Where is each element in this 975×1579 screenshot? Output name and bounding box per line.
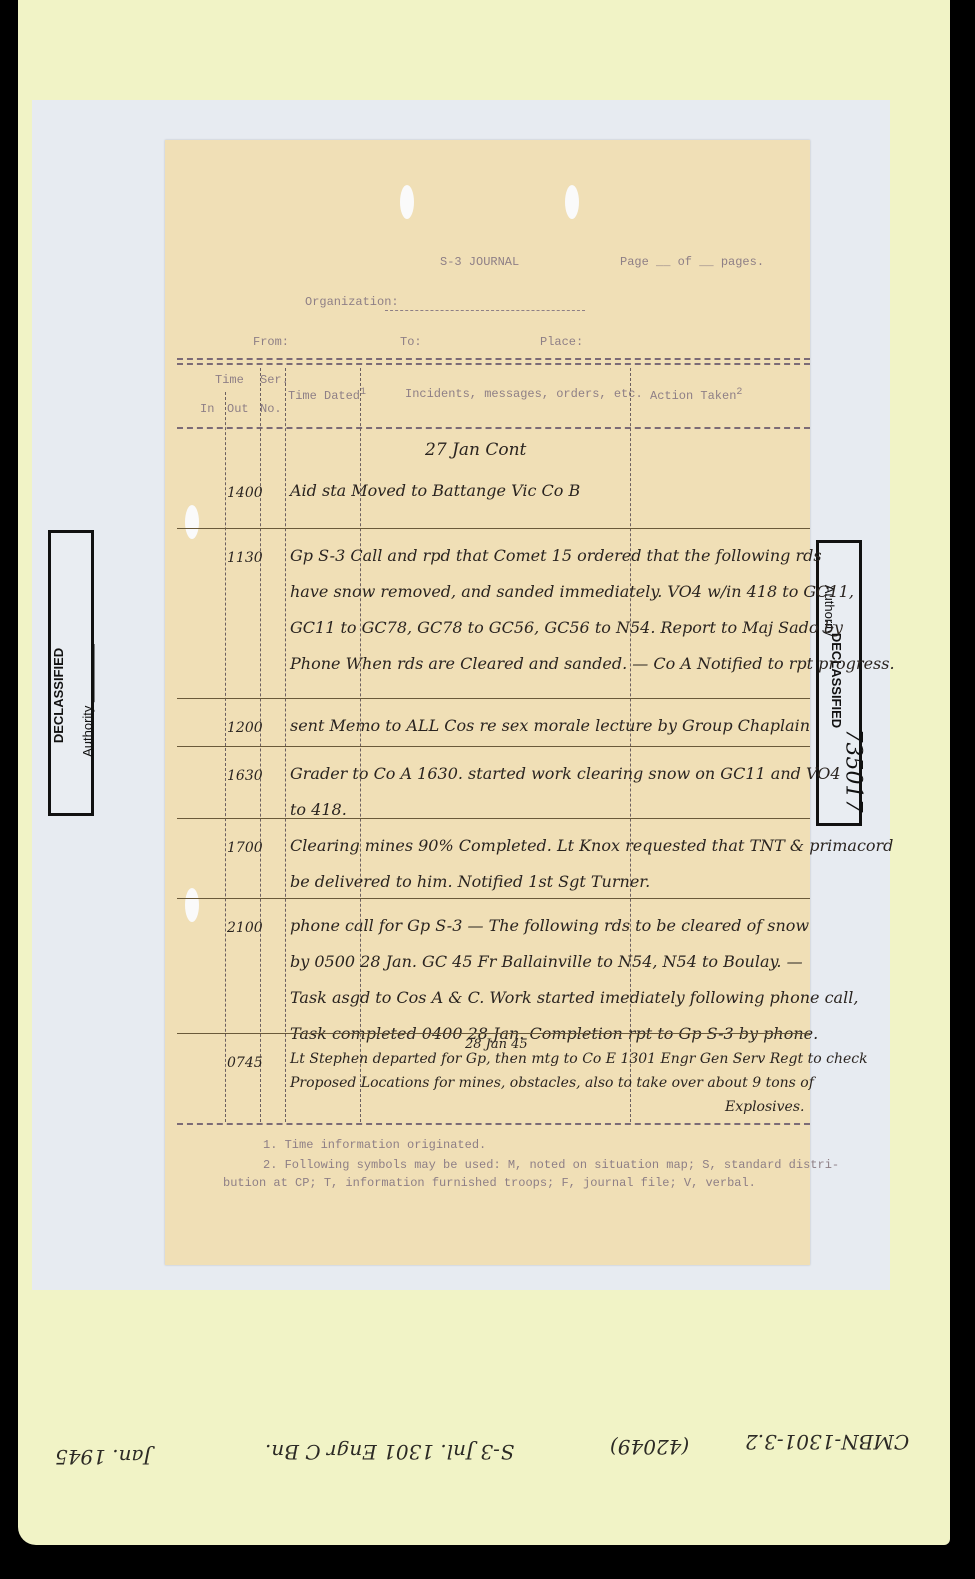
entry-text-line: Explosives. [725, 1099, 804, 1115]
place-label: Place: [540, 335, 583, 349]
col-no: No. [260, 402, 282, 416]
punch-hole [565, 185, 579, 219]
stamp-authority: Authority ________ [80, 644, 95, 757]
entry-text-line: by 0500 28 Jan. GC 45 Fr Ballainville to… [290, 952, 803, 971]
col-out: Out [227, 402, 249, 416]
punch-hole [185, 888, 199, 922]
entry-separator [177, 1033, 810, 1034]
entry-separator [177, 746, 810, 747]
entry-time: 1200 [227, 720, 263, 736]
entry-text-line: have snow removed, and sanded immediatel… [290, 582, 854, 601]
entry-separator [177, 528, 810, 529]
col-time: Time [215, 373, 244, 387]
entry-text-line: Phone When rds are Cleared and sanded. —… [290, 654, 895, 673]
entry-time: 0745 [227, 1055, 263, 1071]
entry-separator [177, 698, 810, 699]
entry-separator [177, 898, 810, 899]
page-label: Page __ of __ pages. [620, 255, 764, 269]
footnote-3: bution at CP; T, information furnished t… [223, 1176, 756, 1190]
stamp-title: DECLASSIFIED [51, 648, 66, 743]
entry-text-line: GC11 to GC78, GC78 to GC56, GC56 to N54.… [290, 618, 843, 637]
entry-text-line: Gp S-3 Call and rpd that Comet 15 ordere… [290, 546, 822, 565]
col-incidents: Incidents, messages, orders, etc. [405, 387, 643, 401]
footnote-1: 1. Time information originated. [263, 1138, 486, 1152]
entry-text-line: to 418. [290, 800, 347, 819]
entry-text-line: phone call for Gp S-3 — The following rd… [290, 916, 809, 935]
entry-text-line: Aid sta Moved to Battange Vic Co B [290, 481, 580, 500]
entry-time: 1130 [227, 550, 263, 566]
stamp-number: 735017 [840, 729, 865, 813]
folder-label-middle: S-3 Jnl. 1301 Engr C Bn. [265, 1440, 514, 1464]
declassified-stamp-left: DECLASSIFIED Authority ________ [48, 530, 94, 816]
col-in: In [200, 402, 214, 416]
punch-hole [185, 505, 199, 539]
punch-hole [400, 185, 414, 219]
entry-text-line: sent Memo to ALL Cos re sex morale lectu… [290, 716, 810, 735]
stamp-title: DECLASSIFIED [829, 633, 844, 728]
folder-label-left: CMBN-1301-3.2 [745, 1430, 909, 1454]
entry-separator [177, 818, 810, 819]
journal-page: S-3 JOURNAL Page __ of __ pages. Organiz… [165, 140, 810, 1265]
folder-label-right: Jan. 1945 [55, 1445, 151, 1469]
footnote-2: 2. Following symbols may be used: M, not… [263, 1158, 839, 1172]
entry-date-note: 28 Jan 45 [465, 1037, 528, 1052]
entry-text-line: Grader to Co A 1630. started work cleari… [290, 764, 841, 783]
entry-text-line: Proposed Locations for mines, obstacles,… [290, 1075, 814, 1091]
date-heading: 27 Jan Cont [425, 440, 526, 460]
entry-time: 1700 [227, 840, 263, 856]
entry-time: 2100 [227, 920, 263, 936]
entry-time: 1630 [227, 768, 263, 784]
entry-time: 1400 [227, 485, 263, 501]
from-label: From: [253, 335, 289, 349]
organization-label: Organization: [305, 295, 399, 309]
folder-label-bracket: (42049) [610, 1435, 689, 1459]
entry-text-line: Clearing mines 90% Completed. Lt Knox re… [290, 836, 893, 855]
entry-text-line: Lt Stephen departed for Gp, then mtg to … [290, 1051, 868, 1067]
entry-text-line: be delivered to him. Notified 1st Sgt Tu… [290, 872, 650, 891]
col-time-dated: Time Dated1 [288, 387, 366, 403]
entry-text-line: Task asgd to Cos A & C. Work started ime… [290, 988, 858, 1007]
to-label: To: [400, 335, 422, 349]
col-action: Action Taken2 [650, 387, 742, 403]
form-title: S-3 JOURNAL [440, 255, 519, 269]
